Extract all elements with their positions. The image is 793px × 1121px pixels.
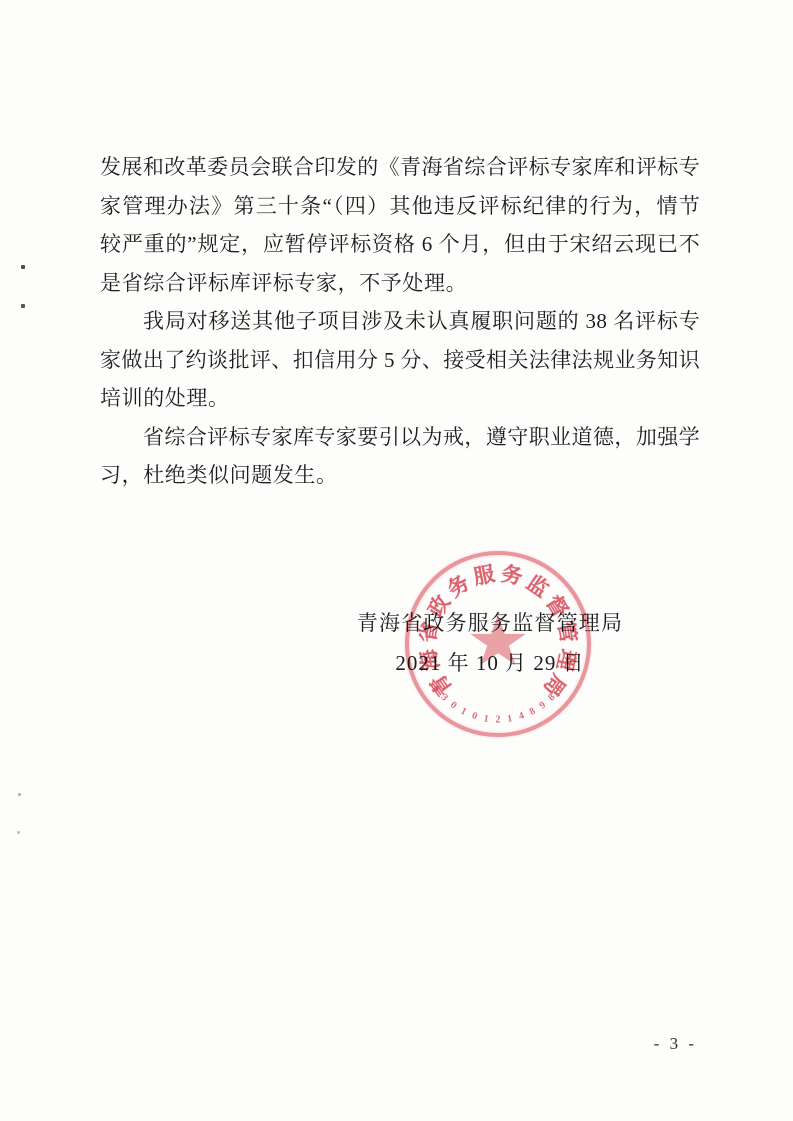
text-line: 家管理办法》第三十条“（四）其他违反评标纪律的行为，情节 [100,187,700,226]
scan-speck [17,831,20,834]
signature-agency: 青海省政务服务监督管理局 [330,609,650,637]
text-line: 家做出了约谈批评、扣信用分 5 分、接受相关法律法规业务知识 [100,341,700,380]
text-line: 我局对移送其他子项目涉及未认真履职问题的 38 名评标专 [100,302,700,341]
scan-speck [21,304,25,308]
signature-date: 2021 年 10 月 29 日 [330,649,650,677]
text-line: 是省综合评标库评标专家，不予处理。 [100,264,700,303]
text-line: 省综合评标专家库专家要引以为戒，遵守职业道德，加强学 [100,418,700,457]
scanned-document-page: 发展和改革委员会联合印发的《青海省综合评标专家库和评标专 家管理办法》第三十条“… [0,0,793,1121]
text-line: 较严重的”规定，应暂停评标资格 6 个月，但由于宋绍云现已不 [100,225,700,264]
scan-speck [18,793,21,796]
text-line: 发展和改革委员会联合印发的《青海省综合评标专家库和评标专 [100,148,700,187]
body-text: 发展和改革委员会联合印发的《青海省综合评标专家库和评标专 家管理办法》第三十条“… [100,148,700,495]
scan-speck [21,265,25,269]
page-number: - 3 - [654,1034,697,1054]
text-line: 习，杜绝类似问题发生。 [100,456,700,495]
text-line: 培训的处理。 [100,379,700,418]
official-seal: 青海省政务服务监督管理局 6301012148988 [405,551,591,737]
